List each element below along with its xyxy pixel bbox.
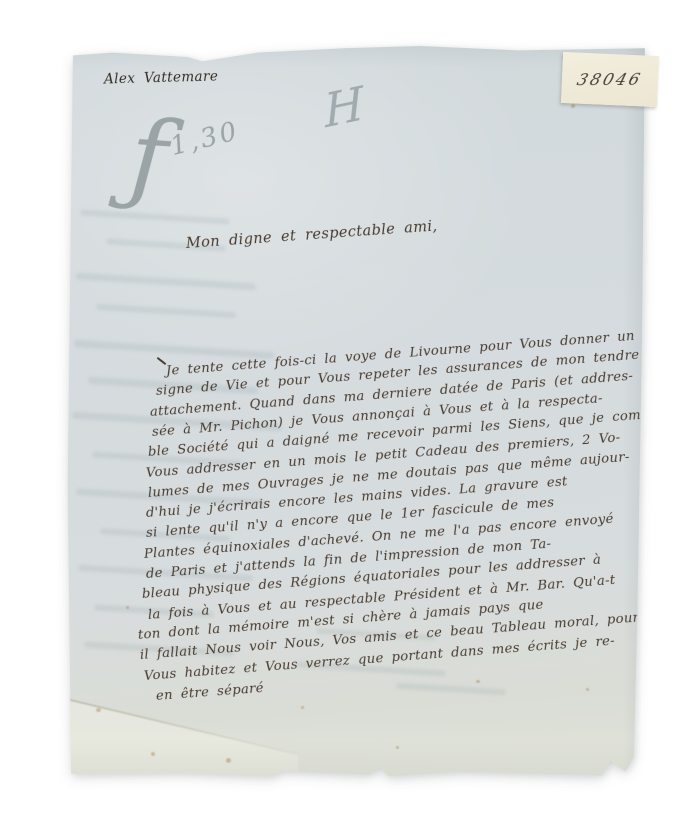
letter-paper: Alex Vattemare H ƒ 1,30 Mon digne et res…: [66, 46, 646, 776]
inventory-label: 38046: [561, 52, 659, 107]
body-line: en être séparé: [155, 681, 264, 704]
inventory-number: 38046: [575, 70, 645, 89]
letter-paper-wrap: Alex Vattemare H ƒ 1,30 Mon digne et res…: [66, 46, 646, 776]
manuscript-photo: Alex Vattemare H ƒ 1,30 Mon digne et res…: [0, 0, 700, 832]
letter-body: Je tente cette fois-ci la voye de Livour…: [66, 46, 646, 776]
